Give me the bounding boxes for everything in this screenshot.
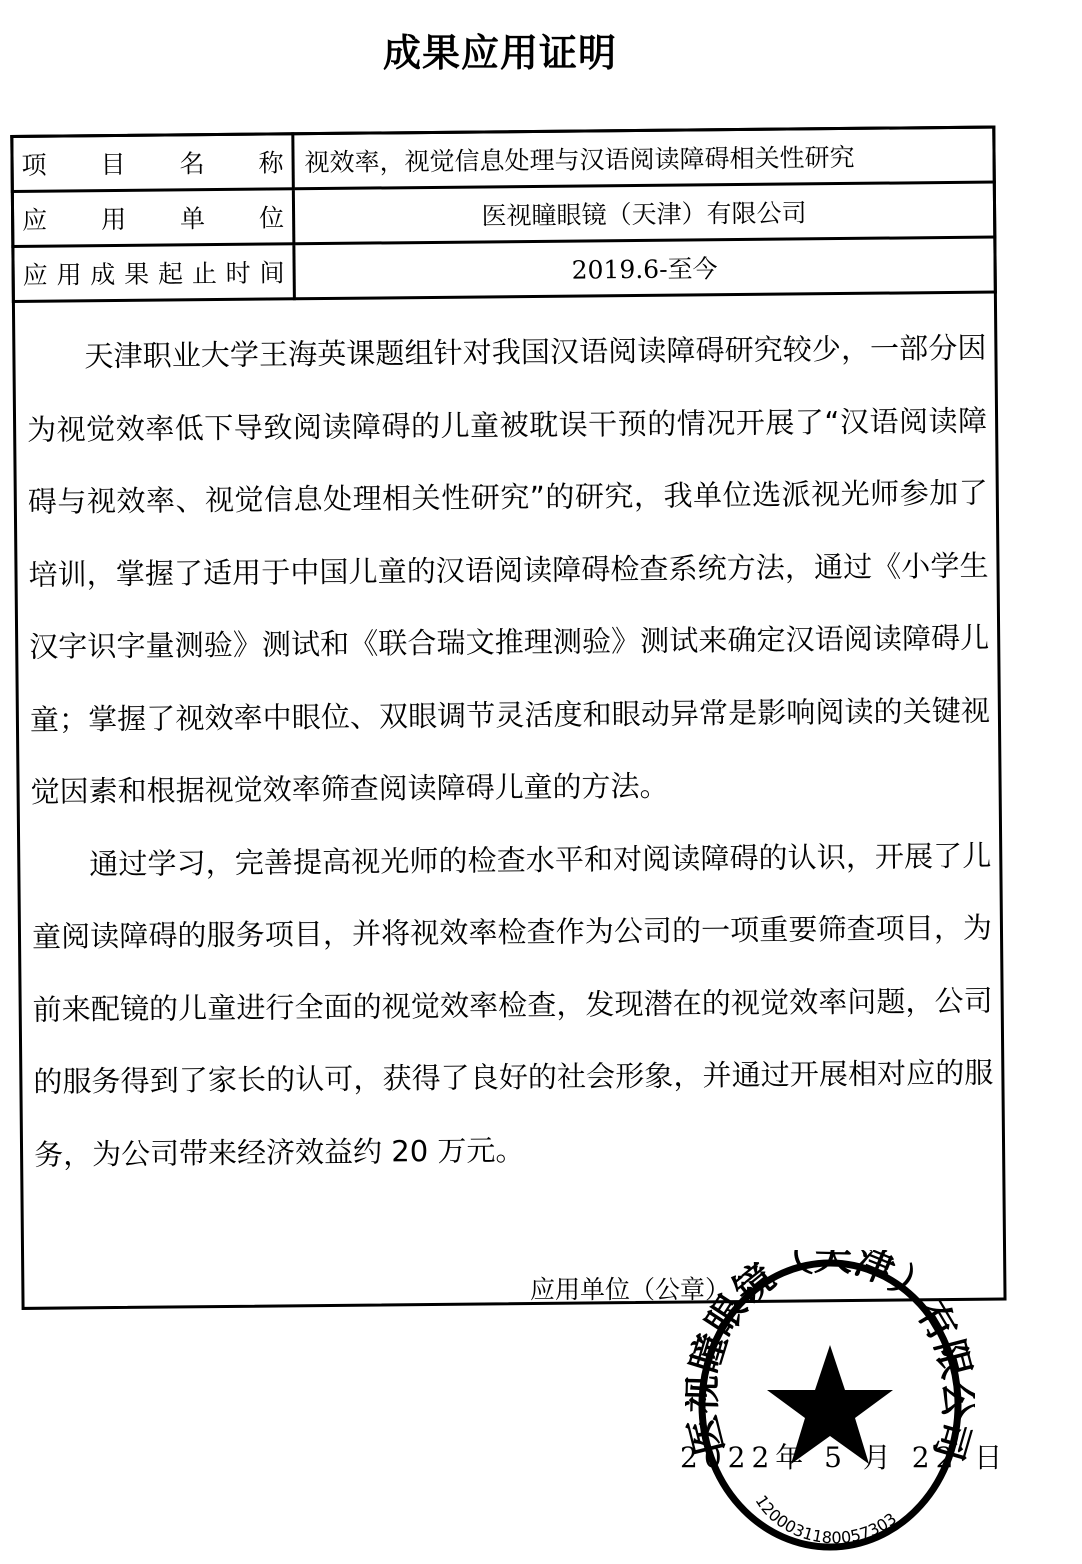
info-table: 项 目 名 称 视效率，视觉信息处理与汉语阅读障碍相关性研究 应 用 单 位 医… [10, 126, 997, 303]
value-application-unit: 医视瞳眼镜（天津）有限公司 [293, 182, 994, 244]
label-char: 称 [258, 143, 283, 179]
paragraph-1: 天津职业大学王海英课题组针对我国汉语阅读障碍研究较少，一部分因为视觉效率低下导致… [26, 312, 991, 829]
document-title: 成果应用证明 [0, 22, 1000, 77]
label-char: 用 [56, 255, 81, 291]
label-char: 位 [259, 198, 284, 234]
certificate-frame: 项 目 名 称 视效率，视觉信息处理与汉语阅读障碍相关性研究 应 用 单 位 医… [10, 93, 1032, 1313]
label-char: 间 [259, 253, 284, 289]
label-char: 目 [100, 145, 125, 181]
company-seal-icon: 医视瞳眼镜（天津）有限公司 1200031180057303 [685, 1250, 975, 1560]
body-text: 天津职业大学王海英课题组针对我国汉语阅读障碍研究较少，一部分因为视觉效率低下导致… [26, 312, 994, 1191]
label-char: 名 [179, 144, 204, 180]
label-char: 时 [226, 254, 251, 290]
value-period: 2019.6-至今 [294, 237, 995, 299]
label-char: 应 [22, 201, 47, 237]
label-char: 项 [21, 146, 46, 182]
label-char: 成 [90, 255, 115, 291]
table-row-project-name: 项 目 名 称 视效率，视觉信息处理与汉语阅读障碍相关性研究 [12, 127, 994, 191]
label-char: 止 [192, 254, 217, 290]
label-char: 应 [22, 256, 47, 292]
label-char: 用 [101, 200, 126, 236]
table-row-period: 应 用 成 果 起 止 时 间 2019.6-至今 [13, 237, 995, 301]
label-application-unit: 应 用 单 位 [12, 189, 294, 247]
label-project-name: 项 目 名 称 [12, 134, 294, 192]
label-char: 单 [180, 199, 205, 235]
paragraph-2: 通过学习，完善提高视光师的检查水平和对阅读障碍的认识，开展了儿童阅读障碍的服务项… [31, 819, 994, 1191]
label-char: 果 [124, 255, 149, 291]
label-period: 应 用 成 果 起 止 时 间 [13, 244, 295, 302]
value-project-name: 视效率，视觉信息处理与汉语阅读障碍相关性研究 [293, 127, 994, 189]
table-row-application-unit: 应 用 单 位 医视瞳眼镜（天津）有限公司 [12, 182, 994, 246]
label-char: 起 [158, 254, 183, 290]
